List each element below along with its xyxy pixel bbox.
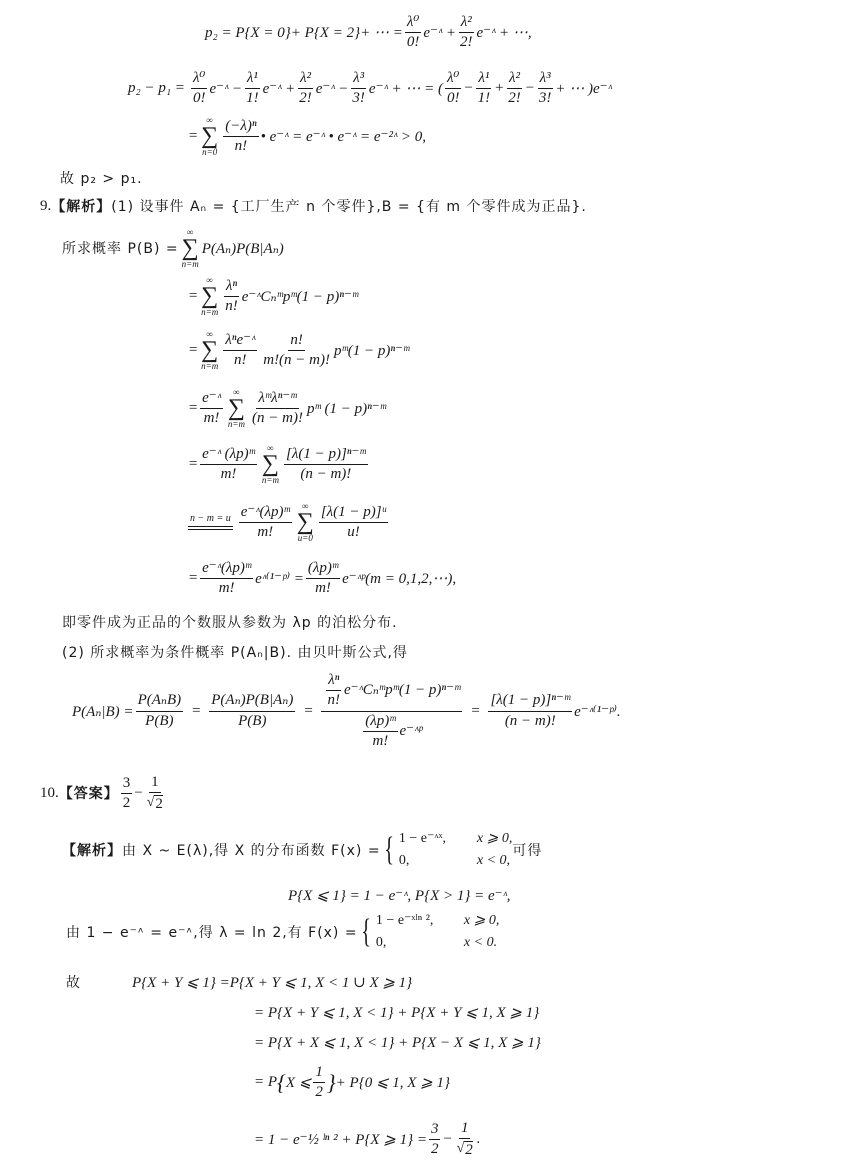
denominator: m!: [313, 579, 333, 597]
sum-symbol: ∞∑n=m: [182, 228, 199, 269]
fraction: λⁿe⁻ᶺn!: [223, 332, 257, 370]
eq-p2-minus-p1: p₂ − p₁ = λ⁰0! e⁻ᶺ − λ¹1! e⁻ᶺ + λ²2! e⁻ᶺ…: [128, 70, 612, 108]
q10-line1: 【解析】 由 X ~ E(λ),得 X 的分布函数 F(x) = { 1 − e…: [62, 830, 542, 869]
numerator: (−λ)ⁿ: [223, 118, 258, 137]
denominator: n!: [232, 351, 249, 369]
eq-text: = P: [254, 1074, 277, 1091]
fraction: P(Aₙ)P(B|Aₙ)P(B): [209, 692, 295, 730]
denominator: √2: [145, 793, 165, 813]
denominator: m!(n − m)!: [261, 351, 332, 369]
q9-step3: = ∞∑n=m λⁿe⁻ᶺn! n!m!(n − m)! pᵐ(1 − p)ⁿ⁻…: [188, 330, 409, 371]
eq-text: e⁻ᶺᵖ(m = 0,1,2,⋯),: [342, 569, 456, 588]
numerator: (λp)ᵐ: [306, 560, 340, 579]
q10-line4: 故 P{X + Y ⩽ 1} = P{X + Y ⩽ 1, X < 1 ∪ X …: [66, 972, 412, 992]
fraction: 12: [313, 1064, 325, 1102]
case-expr: 0,: [376, 935, 464, 951]
denominator: 0!: [445, 89, 462, 107]
fraction: λ²2!: [506, 70, 523, 108]
conclusion-text: 故 p₂ > p₁.: [60, 168, 143, 188]
q9-step2: = ∞∑n=m λⁿn! e⁻ᶺCₙᵐpᵐ(1 − p)ⁿ⁻ᵐ: [188, 276, 358, 317]
denominator: P(B): [143, 712, 175, 730]
q10-line7: = P { X ⩽ 12 } + P{0 ⩽ 1, X ⩾ 1}: [254, 1064, 450, 1102]
denominator: (λp)ᵐm!e⁻ᶺᵖ: [359, 712, 424, 751]
q10-line8: = 1 − e⁻½ ˡⁿ ² + P{X ⩾ 1} = 32 − 1√2 .: [254, 1120, 481, 1159]
part2-intro: (2) 所求概率为条件概率 P(Aₙ|B). 由贝叶斯公式,得: [62, 642, 408, 662]
denominator: P(B): [236, 712, 268, 730]
q9-step7: = e⁻ᶺ(λp)ᵐm! eᶺ⁽¹⁻ᵖ⁾ = (λp)ᵐm! e⁻ᶺᵖ(m = …: [188, 560, 456, 598]
eq-text: 可得: [512, 840, 542, 860]
numerator: λⁿ: [326, 672, 341, 691]
denominator: 0!: [405, 33, 422, 51]
eq-text: .: [477, 1131, 481, 1148]
numerator: [λ(1 − p)]ⁿ⁻ᵐ: [488, 692, 572, 711]
fraction: λ⁰0!: [191, 70, 208, 108]
sum-symbol: ∞∑n=m: [201, 276, 218, 317]
eq-text: pᵐ (1 − p)ⁿ⁻ᵐ: [307, 399, 386, 418]
fraction: 32: [121, 775, 133, 813]
eq-text: 由 1 − e⁻ᶺ = e⁻ᶺ,得 λ = ln 2,有 F(x) =: [66, 922, 358, 942]
answer-tag: 【答案】: [59, 783, 119, 803]
question-number: 10.: [40, 785, 59, 802]
numerator: P(Aₙ)P(B|Aₙ): [209, 692, 295, 711]
conclusion-text: 即零件成为正品的个数服从参数为 λp 的泊松分布.: [62, 612, 398, 632]
eq-text: e⁻ᶺ +: [423, 23, 456, 42]
denominator: 2: [121, 794, 133, 812]
sqrt-arg: 2: [464, 1141, 473, 1159]
fraction: λᵐλⁿ⁻ᵐ(n − m)!: [250, 390, 305, 428]
eq-text: + P{0 ⩽ 1, X ⩾ 1}: [336, 1073, 450, 1092]
numerator: 1: [149, 774, 161, 793]
fraction: [λ(1 − p)]ⁿ⁻ᵐ(n − m)!: [284, 446, 368, 484]
denominator: 2: [313, 1083, 325, 1101]
piecewise: { 1 − e⁻ᶺˣ,x ⩾ 0, 0,x < 0,: [381, 830, 513, 869]
denominator: n!: [233, 137, 250, 155]
eq-text: e⁻ᶺCₙᵐpᵐ(1 − p)ⁿ⁻ᵐ: [242, 287, 358, 306]
denominator: 0!: [191, 89, 208, 107]
q9-step5: = e⁻ᶺ (λp)ᵐm! ∞∑n=m [λ(1 − p)]ⁿ⁻ᵐ(n − m)…: [188, 444, 370, 485]
denominator: (n − m)!: [298, 465, 353, 483]
eq-text: e⁻ᶺ + ⋯ = (: [369, 79, 443, 98]
numerator: λⁿe⁻ᶺ: [223, 332, 257, 351]
case-expr: 0,: [399, 853, 477, 869]
eq-text: −: [134, 785, 142, 802]
denominator: u!: [345, 523, 362, 541]
fraction: λ¹1!: [476, 70, 493, 108]
fraction: λ³3!: [537, 70, 554, 108]
denominator: 2: [429, 1140, 441, 1158]
eq-text: P(Aₙ|B) =: [72, 702, 134, 721]
eq-text: P{X + Y ⩽ 1} =: [132, 973, 230, 992]
numerator: λ³: [538, 70, 553, 89]
sum-lower: n=m: [228, 420, 245, 429]
eq-text: eᶺ⁽¹⁻ᵖ⁾ =: [255, 569, 304, 588]
denominator: √2: [455, 1139, 475, 1159]
eq-text: p₂ = P{X = 0}+ P{X = 2}+ ⋯ =: [205, 23, 403, 42]
q9-part2: (2) 所求概率为条件概率 P(Aₙ|B). 由贝叶斯公式,得: [62, 642, 408, 662]
double-bar: [188, 526, 233, 530]
eq-text: = P{X + Y ⩽ 1, X < 1} + P{X + Y ⩽ 1, X ⩾…: [254, 1003, 539, 1022]
denominator: (n − m)!: [250, 409, 305, 427]
eq-p2-line: p₂ = P{X = 0}+ P{X = 2}+ ⋯ = λ⁰0! e⁻ᶺ + …: [205, 14, 532, 52]
fraction: n!m!(n − m)!: [261, 332, 332, 370]
numerator: 1: [459, 1120, 471, 1139]
bayes-formula: P(Aₙ|B) = P(AₙB)P(B) = P(Aₙ)P(B|Aₙ)P(B) …: [72, 672, 621, 750]
fraction: λ²2!: [297, 70, 314, 108]
numerator: λ⁰: [191, 70, 208, 89]
fraction: e⁻ᶺ(λp)ᵐm!: [200, 560, 253, 598]
substitution-label: n − m = u: [188, 514, 233, 530]
eq-text: e⁻ᶺ + ⋯,: [477, 23, 532, 42]
sum-symbol: ∞∑u=0: [297, 502, 314, 543]
fraction: λ³3!: [350, 70, 367, 108]
denominator: m!: [202, 409, 222, 427]
substitution-text: n − m = u: [188, 514, 233, 526]
numerator: λ⁰: [405, 14, 422, 33]
q9-conclusion: 即零件成为正品的个数服从参数为 λp 的泊松分布.: [62, 612, 398, 632]
q9-step6: n − m = u e⁻ᶺ(λp)ᵐm! ∞∑u=0 [λ(1 − p)]ᵘu!: [188, 502, 390, 543]
numerator: λ⁰: [445, 70, 462, 89]
case-expr: 1 − e⁻ˣˡⁿ ²,: [376, 912, 464, 929]
denominator: 2!: [458, 33, 475, 51]
fraction: λ¹1!: [244, 70, 261, 108]
eq-text: p₂ − p₁ =: [128, 80, 185, 97]
numerator: e⁻ᶺ: [200, 390, 223, 409]
sum-lower: n=m: [182, 260, 199, 269]
numerator: P(AₙB): [136, 692, 184, 711]
fraction: P(AₙB)P(B): [136, 692, 184, 730]
sum-lower: n=0: [202, 148, 217, 157]
fraction: λⁿn!: [223, 278, 240, 316]
eq-text: e⁻ᶺᵖ: [400, 723, 423, 739]
q9-step4: = e⁻ᶺm! ∞∑n=m λᵐλⁿ⁻ᵐ(n − m)! pᵐ (1 − p)ⁿ…: [188, 388, 386, 429]
analysis-tag: 【解析】: [62, 840, 122, 860]
sqrt-arg: 2: [154, 795, 163, 813]
eq-text: =: [188, 288, 198, 305]
numerator: e⁻ᶺ(λp)ᵐ: [239, 504, 292, 523]
eq-sum-line: = ∞∑n=0 (−λ)ⁿn! • e⁻ᶺ = e⁻ᶺ • e⁻ᶺ = e⁻²ᶺ…: [188, 116, 426, 157]
denominator: 2!: [297, 89, 314, 107]
compound-fraction: λⁿn!e⁻ᶺCₙᵐpᵐ(1 − p)ⁿ⁻ᵐ (λp)ᵐm!e⁻ᶺᵖ: [321, 672, 462, 750]
sum-symbol: ∞∑n=0: [201, 116, 218, 157]
sum-symbol: ∞∑n=m: [262, 444, 279, 485]
eq-text: P(Aₙ)P(B|Aₙ): [202, 239, 284, 258]
denominator: 3!: [537, 89, 554, 107]
eq-text: e⁻ᶺCₙᵐpᵐ(1 − p)ⁿ⁻ᵐ: [344, 682, 460, 698]
eq-text: =: [188, 128, 198, 145]
q9-step1: 所求概率 P(B) = ∞∑n=m P(Aₙ)P(B|Aₙ): [62, 228, 284, 269]
sum-lower: n=m: [201, 308, 218, 317]
denominator: m!: [370, 732, 390, 750]
numerator: e⁻ᶺ(λp)ᵐ: [200, 560, 253, 579]
numerator: (λp)ᵐ: [363, 713, 397, 732]
eq-text: pᵐ(1 − p)ⁿ⁻ᵐ: [334, 341, 409, 360]
q9-intro: (1) 设事件 Aₙ = {工厂生产 n 个零件},B = {有 m 个零件成为…: [111, 196, 587, 216]
numerator: [λ(1 − p)]ᵘ: [319, 504, 388, 523]
fraction: [λ(1 − p)]ᵘu!: [319, 504, 388, 542]
case-cond: x ⩾ 0,: [477, 830, 512, 847]
eq-text: +: [494, 80, 504, 97]
eq-text: • e⁻ᶺ = e⁻ᶺ • e⁻ᶺ = e⁻²ᶺ > 0,: [261, 127, 426, 146]
denominator: n!: [325, 691, 342, 709]
denominator: 1!: [244, 89, 261, 107]
fraction: λ⁰0!: [405, 14, 422, 52]
eq-text: = P{X + X ⩽ 1, X < 1} + P{X − X ⩽ 1, X ⩾…: [254, 1033, 541, 1052]
fraction: (λp)ᵐm!: [306, 560, 340, 598]
q10-line6: = P{X + X ⩽ 1, X < 1} + P{X − X ⩽ 1, X ⩾…: [254, 1033, 541, 1052]
fraction: e⁻ᶺm!: [200, 390, 223, 428]
numerator: λ¹: [476, 70, 491, 89]
fraction: e⁻ᶺ (λp)ᵐm!: [200, 446, 257, 484]
denominator: m!: [217, 579, 237, 597]
eq-text: 由 X ~ E(λ),得 X 的分布函数 F(x) =: [122, 840, 381, 860]
eq-text: 故: [66, 972, 132, 992]
eq-text: e⁻ᶺ −: [209, 79, 242, 98]
q10-line3: 由 1 − e⁻ᶺ = e⁻ᶺ,得 λ = ln 2,有 F(x) = { 1 …: [66, 912, 499, 951]
eq-text: + ⋯ )e⁻ᶺ: [555, 79, 611, 98]
eq-text: P{X + Y ⩽ 1, X < 1 ∪ X ⩾ 1}: [230, 973, 412, 992]
q10-line2: P{X ⩽ 1} = 1 − e⁻ᶺ, P{X > 1} = e⁻ᶺ,: [288, 886, 511, 905]
eq-text: e⁻ᶺ +: [263, 79, 296, 98]
eq-text: −: [525, 80, 535, 97]
numerator: λ¹: [245, 70, 260, 89]
case-cond: x < 0,: [477, 853, 510, 869]
denominator: 1!: [476, 89, 493, 107]
eq-text: −: [442, 1131, 452, 1148]
fraction: [λ(1 − p)]ⁿ⁻ᵐ(n − m)!: [488, 692, 572, 730]
fraction: 1√2: [455, 1120, 475, 1159]
denominator: n!: [223, 297, 240, 315]
q10-line5: = P{X + Y ⩽ 1, X < 1} + P{X + Y ⩽ 1, X ⩾…: [254, 1003, 539, 1022]
fraction: λ⁰0!: [445, 70, 462, 108]
eq-text: e⁻ᶺ⁽¹⁻ᵖ⁾.: [574, 702, 621, 721]
denominator: m!: [219, 465, 239, 483]
numerator: λⁿ: [224, 278, 239, 297]
numerator: n!: [288, 332, 305, 351]
eq-text: P{X ⩽ 1} = 1 − e⁻ᶺ, P{X > 1} = e⁻ᶺ,: [288, 886, 511, 905]
eq-text: =: [188, 456, 198, 473]
sum-lower: u=0: [298, 534, 313, 543]
fraction: 32: [429, 1121, 441, 1159]
numerator: 1: [313, 1064, 325, 1083]
numerator: 3: [429, 1121, 441, 1140]
conclusion-prev: 故 p₂ > p₁.: [60, 168, 143, 188]
case-cond: x ⩾ 0,: [464, 912, 499, 929]
sum-symbol: ∞∑n=m: [201, 330, 218, 371]
denominator: m!: [255, 523, 275, 541]
eq-text: =: [188, 570, 198, 587]
numerator: [λ(1 − p)]ⁿ⁻ᵐ: [284, 446, 368, 465]
fraction: (−λ)ⁿn!: [223, 118, 258, 156]
eq-text: X ⩽: [286, 1073, 311, 1092]
q9-header: 9. 【解析】 (1) 设事件 Aₙ = {工厂生产 n 个零件},B = {有…: [40, 196, 587, 216]
fraction: e⁻ᶺ(λp)ᵐm!: [239, 504, 292, 542]
fraction: 1√2: [145, 774, 165, 813]
numerator: λⁿn!e⁻ᶺCₙᵐpᵐ(1 − p)ⁿ⁻ᵐ: [321, 672, 462, 712]
case-cond: x < 0.: [464, 935, 497, 951]
numerator: λᵐλⁿ⁻ᵐ: [256, 390, 298, 409]
fraction: λ²2!: [458, 14, 475, 52]
q10-answer: 10. 【答案】 32 − 1√2: [40, 774, 167, 813]
eq-text: e⁻ᶺ −: [316, 79, 349, 98]
question-number: 9.: [40, 198, 51, 215]
sum-lower: n=m: [262, 476, 279, 485]
eq-text: =: [188, 400, 198, 417]
sum-lower: n=m: [201, 362, 218, 371]
numerator: λ²: [298, 70, 313, 89]
eq-text: =: [188, 342, 198, 359]
case-expr: 1 − e⁻ᶺˣ,: [399, 830, 477, 847]
numerator: λ²: [459, 14, 474, 33]
numerator: λ³: [351, 70, 366, 89]
denominator: (n − m)!: [503, 712, 558, 730]
sum-symbol: ∞∑n=m: [228, 388, 245, 429]
eq-text: −: [463, 80, 473, 97]
denominator: 3!: [350, 89, 367, 107]
numerator: 3: [121, 775, 133, 794]
analysis-tag: 【解析】: [51, 196, 111, 216]
eq-text: 所求概率 P(B) =: [62, 238, 179, 258]
numerator: e⁻ᶺ (λp)ᵐ: [200, 446, 257, 465]
piecewise: { 1 − e⁻ˣˡⁿ ²,x ⩾ 0, 0,x < 0.: [358, 912, 500, 951]
eq-text: = 1 − e⁻½ ˡⁿ ² + P{X ⩾ 1} =: [254, 1130, 427, 1149]
denominator: 2!: [506, 89, 523, 107]
numerator: λ²: [507, 70, 522, 89]
